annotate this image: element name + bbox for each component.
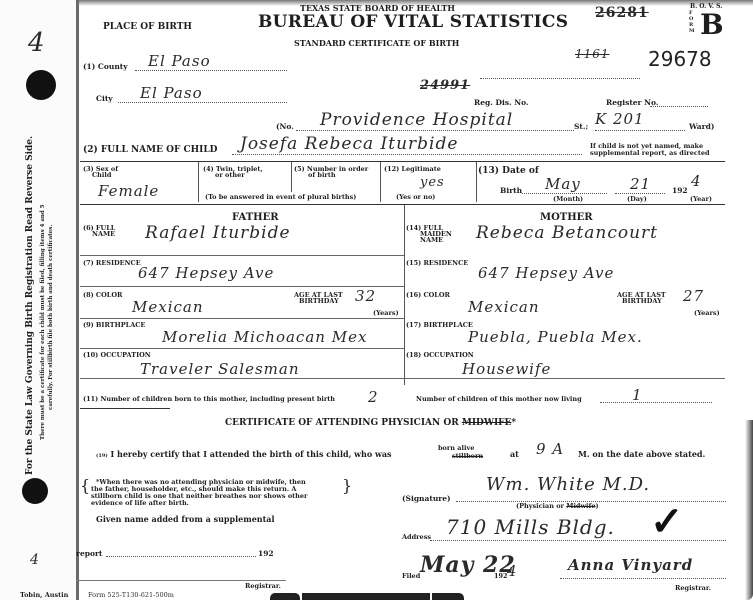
struck-number: 1161 xyxy=(575,47,610,61)
father-residence-value: 647 Hepsey Ave xyxy=(138,264,274,282)
form-number: Form 525-T130-621-500m xyxy=(88,592,174,599)
margin-check-mark: 4 xyxy=(28,28,46,58)
father-birthplace-value: Morelia Michoacan Mex xyxy=(162,328,367,346)
order-label-2: of birth xyxy=(308,172,336,179)
father-color-label: (8) COLOR xyxy=(83,292,122,299)
place-of-birth-label: PLACE OF BIRTH xyxy=(103,22,192,32)
asterisk: * xyxy=(511,418,516,428)
divider xyxy=(380,162,381,202)
signature-hint-struck: Midwife xyxy=(566,502,595,510)
city-value: El Paso xyxy=(140,84,203,102)
father-name-value: Rafael Iturbide xyxy=(145,223,291,243)
registrar-name: Anna Vinyard xyxy=(568,556,693,574)
father-residence-label: (7) RESIDENCE xyxy=(83,260,141,267)
signature-value: Wm. White M.D. xyxy=(486,474,650,495)
mother-age-value: 27 xyxy=(683,287,704,305)
father-age-label-2: BIRTHDAY xyxy=(299,298,339,305)
legit-hint: (Yes or no) xyxy=(396,194,435,201)
dob-label-1: (13) Date of xyxy=(478,166,539,176)
form-vertical-label: FORM xyxy=(689,10,694,34)
signature-hint: (Physician or Midwife) xyxy=(516,503,599,510)
mother-birthplace-label: (17) BIRTHPLACE xyxy=(406,322,473,329)
ward-value: K 201 xyxy=(595,110,645,128)
punch-hole-top xyxy=(26,70,56,100)
month-hint: (Month) xyxy=(553,196,583,203)
check-mark-icon: ✓ xyxy=(650,498,685,545)
margin-law-note: For the State Law Governing Birth Regist… xyxy=(25,136,35,475)
reg-dis-label: Reg. Dis. No. xyxy=(474,98,529,107)
no-label: (No. xyxy=(276,122,294,131)
mother-residence-value: 647 Hepsey Ave xyxy=(478,264,614,282)
city-line xyxy=(118,102,287,103)
rule xyxy=(80,161,725,162)
dob-year-prefix: 192 xyxy=(672,186,688,195)
dob-month-line xyxy=(522,193,607,194)
mother-occupation-label: (18) OCCUPATION xyxy=(406,352,474,359)
born-alive: born alive xyxy=(438,445,474,452)
note-line-4: evidence of life after birth. xyxy=(91,500,189,507)
physician-heading-struck: MIDWIFE xyxy=(462,418,512,428)
certify-num: (19) xyxy=(96,453,108,459)
rule xyxy=(80,408,170,409)
hospital-value: Providence Hospital xyxy=(320,110,513,130)
viewer-toolbar-button[interactable] xyxy=(432,593,464,600)
year-hint: (Year) xyxy=(690,196,712,203)
certify-text: I hereby certify that I attended the bir… xyxy=(111,449,392,459)
at-label: at xyxy=(510,449,519,459)
father-heading: FATHER xyxy=(232,212,279,223)
reg-number-line xyxy=(480,78,640,79)
certify-statement: (19) I hereby certify that I attended th… xyxy=(96,449,392,459)
time-suffix: M. on the date above stated. xyxy=(578,449,705,459)
divider xyxy=(291,162,292,192)
punch-hole-bottom xyxy=(22,478,48,504)
children-living-label: Number of children of this mother now li… xyxy=(416,396,582,403)
city-label: City xyxy=(96,94,113,103)
rule xyxy=(80,318,404,319)
page-curl xyxy=(745,420,753,600)
report-year: 192 xyxy=(258,549,274,558)
mother-years-hint: (Years) xyxy=(694,310,720,317)
parents-divider xyxy=(404,205,405,385)
mother-birthplace-value: Puebla, Puebla Mex. xyxy=(468,328,643,346)
mother-age-label-2: BIRTHDAY xyxy=(622,298,662,305)
dob-year-suffix: 4 xyxy=(691,172,702,190)
address-value: 710 Mills Bldg. xyxy=(446,515,615,539)
father-birthplace-label: (9) BIRTHPLACE xyxy=(83,322,145,329)
report-label: report xyxy=(76,549,102,558)
left-border-rule xyxy=(76,0,79,600)
signature-hint-text: (Physician or xyxy=(516,502,564,510)
divider xyxy=(198,162,199,202)
st-label: St.; xyxy=(574,122,588,131)
father-occupation-value: Traveler Salesman xyxy=(140,360,300,378)
margin-mark-bottom: 4 xyxy=(30,552,40,568)
bureau-title: BUREAU OF VITAL STATISTICS xyxy=(258,12,568,32)
margin-instruction-1: There must be a certificate for each chi… xyxy=(40,205,46,440)
county-label: (1) County xyxy=(83,62,128,71)
county-line xyxy=(135,70,287,71)
handwritten-number-top: 26281 xyxy=(595,5,649,21)
register-no-line xyxy=(650,106,708,107)
dob-day-line xyxy=(615,193,665,194)
mother-name-label-3: NAME xyxy=(420,237,443,244)
registrar-label-2: Registrar. xyxy=(675,585,711,592)
margin-instruction-2: carefully. For stillbirth file both birt… xyxy=(48,225,54,410)
father-name-label-2: NAME xyxy=(92,231,115,238)
filed-year-prefix: 192 xyxy=(494,573,508,580)
dob-label-2: Birth xyxy=(500,186,522,195)
report-line xyxy=(106,556,256,557)
brace-right: } xyxy=(342,476,352,495)
hospital-line xyxy=(296,130,574,131)
living-line xyxy=(600,402,712,403)
certificate-title: STANDARD CERTIFICATE OF BIRTH xyxy=(294,38,459,48)
child-name-label: (2) FULL NAME OF CHILD xyxy=(83,145,217,155)
viewer-toolbar-bar[interactable] xyxy=(302,593,430,600)
ward-label: Ward) xyxy=(689,122,714,131)
father-occupation-label: (10) OCCUPATION xyxy=(83,352,151,359)
dob-month: May xyxy=(545,175,581,193)
time-value: 9 A xyxy=(536,440,564,458)
children-born-label: (11) Number of children born to this mot… xyxy=(83,396,335,403)
plural-note: (To be answered in event of plural birth… xyxy=(205,194,356,201)
county-value: El Paso xyxy=(148,52,211,70)
address-label: Address xyxy=(402,534,431,541)
name-note-2: supplemental report, as directed xyxy=(590,150,710,157)
rule xyxy=(80,348,404,349)
legit-value: yes xyxy=(420,175,445,190)
physician-heading: CERTIFICATE OF ATTENDING PHYSICIAN OR MI… xyxy=(225,418,516,428)
certificate-number: 29678 xyxy=(648,47,712,71)
ward-line xyxy=(595,130,685,131)
divider xyxy=(476,162,477,202)
brace-left: { xyxy=(80,476,90,495)
child-name-line xyxy=(232,154,582,155)
father-age-value: 32 xyxy=(355,287,376,305)
mother-heading: MOTHER xyxy=(540,212,593,223)
child-name-value: Josefa Rebeca Iturbide xyxy=(240,134,458,154)
struck-reg-number: 24991 xyxy=(420,78,470,93)
mother-occupation-value: Housewife xyxy=(462,360,551,378)
registrar-label: Registrar. xyxy=(245,583,281,590)
form-letter: B xyxy=(700,8,724,41)
physician-heading-text: CERTIFICATE OF ATTENDING PHYSICIAN OR xyxy=(225,418,459,428)
rule xyxy=(80,378,725,379)
filed-label: Filed xyxy=(402,573,420,580)
given-name-label: Given name added from a supplemental xyxy=(96,514,275,524)
filed-registrar-line xyxy=(560,578,726,579)
signature-label: (Signature) xyxy=(402,494,451,503)
filed-year-suffix: 4 xyxy=(507,562,518,580)
twin-label-2: or other xyxy=(215,172,245,179)
printer-name: Tobin, Austin xyxy=(20,592,68,599)
father-color-value: Mexican xyxy=(132,298,204,316)
mother-name-value: Rebeca Betancourt xyxy=(476,223,658,243)
mother-color-label: (16) COLOR xyxy=(406,292,450,299)
stillborn-struck: stillborn xyxy=(452,453,483,460)
viewer-toolbar-button[interactable] xyxy=(270,593,300,600)
registrar-line xyxy=(76,580,286,581)
sex-label-2: Child xyxy=(92,172,111,179)
mother-residence-label: (15) RESIDENCE xyxy=(406,260,468,267)
father-years-hint: (Years) xyxy=(373,310,399,317)
day-hint: (Day) xyxy=(627,196,647,203)
children-born-value: 2 xyxy=(368,388,379,406)
rule xyxy=(80,204,725,205)
mother-color-value: Mexican xyxy=(468,298,540,316)
signature-hint-close: ) xyxy=(595,502,598,510)
dob-day: 21 xyxy=(630,175,651,193)
sex-value: Female xyxy=(98,182,159,200)
legit-label: (12) Legitimate xyxy=(384,166,441,173)
rule xyxy=(80,255,404,256)
